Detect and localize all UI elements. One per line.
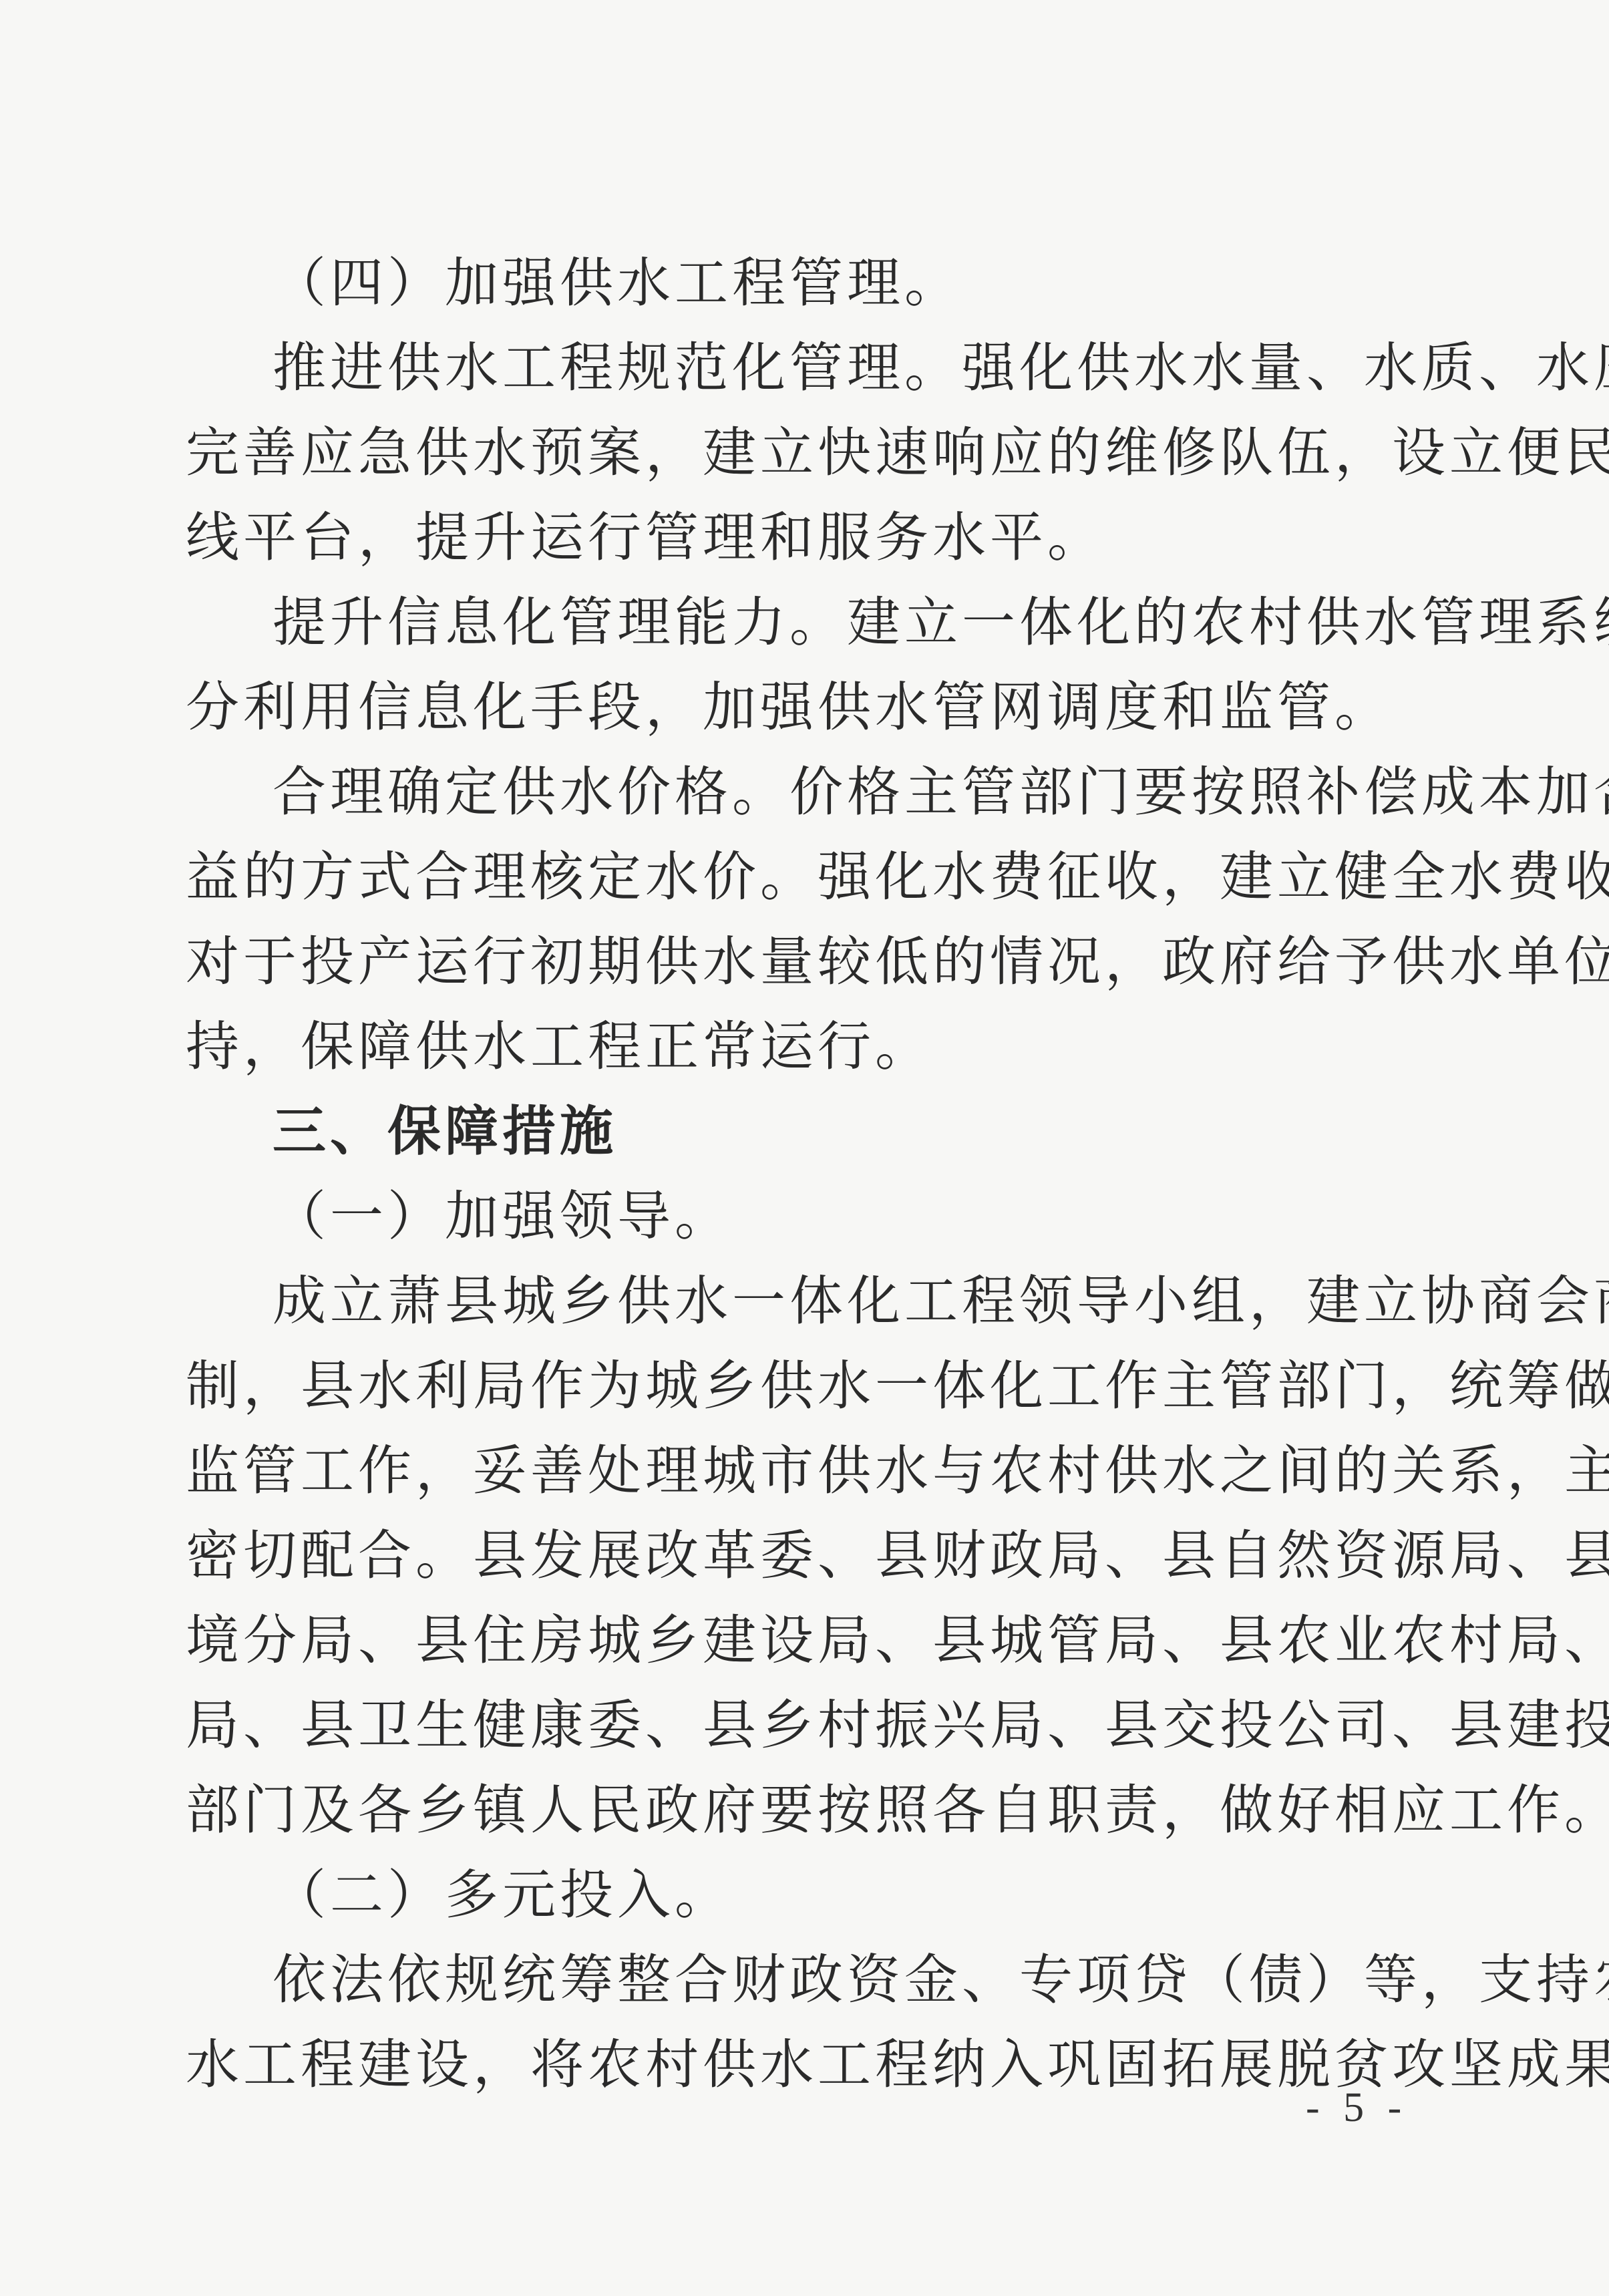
subheading-2: （二）多元投入。	[186, 1852, 1421, 1937]
paragraph-line: 益的方式合理核定水价。强化水费征收，建立健全水费收缴制度。	[186, 834, 1421, 919]
paragraph-line: 完善应急供水预案，建立快速响应的维修队伍，设立便民服务热	[186, 410, 1421, 495]
paragraph-line: 推进供水工程规范化管理。强化供水水量、水质、水压保障，	[186, 325, 1421, 410]
paragraph-line: 提升信息化管理能力。建立一体化的农村供水管理系统，充	[186, 580, 1421, 665]
paragraph-line: 密切配合。县发展改革委、县财政局、县自然资源局、县生态环	[186, 1513, 1421, 1598]
subheading-1: （一）加强领导。	[186, 1174, 1421, 1259]
paragraph-line: 监管工作，妥善处理城市供水与农村供水之间的关系，主动作为、	[186, 1428, 1421, 1513]
paragraph-line: 部门及各乡镇人民政府要按照各自职责，做好相应工作。	[186, 1768, 1421, 1852]
paragraph-line: 成立萧县城乡供水一体化工程领导小组，建立协商会商机	[186, 1259, 1421, 1343]
paragraph-line: 境分局、县住房城乡建设局、县城管局、县农业农村局、县水利	[186, 1598, 1421, 1683]
section-heading-3: 三、保障措施	[186, 1089, 1421, 1174]
paragraph-line: 水工程建设，将农村供水工程纳入巩固拓展脱贫攻坚成果和乡村	[186, 2022, 1421, 2107]
paragraph-line: 持，保障供水工程正常运行。	[186, 1004, 1421, 1089]
paragraph-line: 制，县水利局作为城乡供水一体化工作主管部门，统筹做好协调	[186, 1343, 1421, 1428]
paragraph-line: 分利用信息化手段，加强供水管网调度和监管。	[186, 665, 1421, 750]
subheading-4: （四）加强供水工程管理。	[186, 240, 1421, 325]
paragraph-line: 对于投产运行初期供水量较低的情况，政府给予供水单位适当支	[186, 919, 1421, 1004]
document-body: （四）加强供水工程管理。 推进供水工程规范化管理。强化供水水量、水质、水压保障，…	[186, 240, 1421, 2107]
paragraph-line: 线平台，提升运行管理和服务水平。	[186, 495, 1421, 580]
paragraph-line: 合理确定供水价格。价格主管部门要按照补偿成本加合理收	[186, 750, 1421, 834]
paragraph-line: 依法依规统筹整合财政资金、专项贷（债）等，支持农村供	[186, 1937, 1421, 2022]
page-number: - 5 -	[1306, 2084, 1408, 2132]
paragraph-line: 局、县卫生健康委、县乡村振兴局、县交投公司、县建投公司等	[186, 1683, 1421, 1768]
